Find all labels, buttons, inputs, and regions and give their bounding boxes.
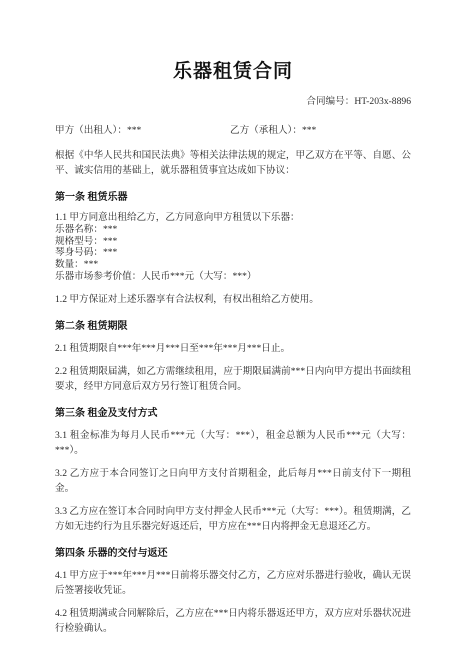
parties-row: 甲方（出租人）：*** 乙方（承租人）：*** — [55, 122, 411, 136]
party-b-lessee: 乙方（承租人）：*** — [230, 122, 316, 136]
clause-1-1: 1.1 甲方同意出租给乙方，乙方同意向甲方租赁以下乐器： — [55, 212, 411, 224]
clause-1-2: 1.2 甲方保证对上述乐器享有合法权利，有权出租给乙方使用。 — [55, 292, 411, 307]
quantity-line: 数量：*** — [55, 259, 411, 271]
clause-4-2: 4.2 租赁期满或合同解除后，乙方应在***日内将乐器返还甲方，双方应对乐器状况… — [55, 606, 411, 636]
section-3-heading: 第三条 租金及支付方式 — [55, 404, 411, 419]
contract-number: 合同编号：HT-203x-8896 — [55, 93, 411, 107]
section-1-heading: 第一条 租赁乐器 — [55, 188, 411, 203]
market-value-line: 乐器市场参考价值：人民币***元（大写：***） — [55, 271, 411, 283]
instrument-name-line: 乐器名称：*** — [55, 224, 411, 236]
page-title: 乐器租赁合同 — [55, 56, 411, 83]
body-serial-line: 琴身号码：*** — [55, 247, 411, 259]
clause-3-1: 3.1 租金标准为每月人民币***元（大写：***），租金总额为人民币***元（… — [55, 428, 411, 458]
clause-3-2: 3.2 乙方应于本合同签订之日向甲方支付首期租金，此后每月***日前支付下一期租… — [55, 466, 411, 496]
section-2-heading: 第二条 租赁期限 — [55, 317, 411, 332]
clause-2-1: 2.1 租赁期限自***年***月***日至***年***月***日止。 — [55, 341, 411, 356]
clause-4-1: 4.1 甲方应于***年***月***日前将乐器交付乙方，乙方应对乐器进行验收，… — [55, 568, 411, 598]
clause-3-3: 3.3 乙方应在签订本合同时向甲方支付押金人民币***元（大写：***）。租赁期… — [55, 504, 411, 534]
preamble: 根据《中华人民共和国民法典》等相关法律法规的规定，甲乙双方在平等、自愿、公平、诚… — [55, 148, 411, 178]
contract-document: 乐器租赁合同 合同编号：HT-203x-8896 甲方（出租人）：*** 乙方（… — [0, 0, 463, 655]
spec-model-line: 规格型号：*** — [55, 236, 411, 248]
section-4-heading: 第四条 乐器的交付与返还 — [55, 544, 411, 559]
clause-2-2: 2.2 租赁期限届满，如乙方需继续租用，应于期限届满前***日内向甲方提出书面续… — [55, 364, 411, 394]
party-a-lessor: 甲方（出租人）：*** — [55, 122, 230, 136]
section-1-instrument-details: 1.1 甲方同意出租给乙方，乙方同意向甲方租赁以下乐器： 乐器名称：*** 规格… — [55, 212, 411, 283]
